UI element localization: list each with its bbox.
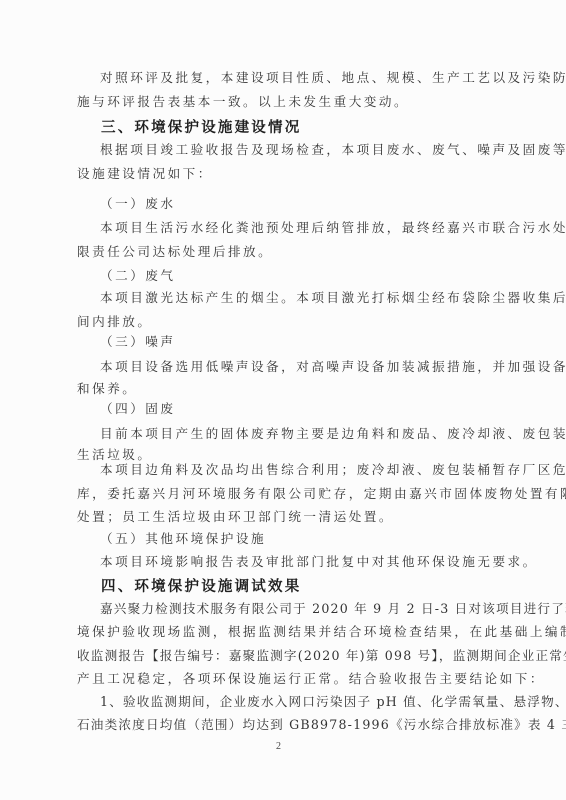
paragraph-line: 生活垃圾。 [77, 447, 152, 463]
subsection-heading: （五）其他环境保护设施 [100, 531, 266, 547]
paragraph-line: 嘉兴聚力检测技术服务有限公司于 2020 年 9 月 2 日-3 日对该项目进行… [100, 601, 566, 617]
section-heading: 三、环境保护设施建设情况 [101, 116, 301, 137]
paragraph-line: 产且工况稳定，各项环保设施运行正常。结合验收报告主要结论如下： [77, 671, 545, 687]
document-page: 对照环评及批复，本建设项目性质、地点、规模、生产工艺以及污染防治措 施与环评报告… [0, 0, 566, 800]
paragraph-line: 间内排放。 [77, 314, 152, 330]
paragraph-line: 本项目生活污水经化粪池预处理后纳管排放，最终经嘉兴市联合污水处理有 [100, 220, 566, 236]
paragraph-line: 本项目激光达标产生的烟尘。本项目激光打标烟尘经布袋除尘器收集后车 [100, 290, 566, 306]
paragraph-line: 石油类浓度日均值（范围）均达到 GB8978-1996《污水综合排放标准》表 4… [77, 717, 566, 733]
paragraph-line: 根据项目竣工验收报告及现场检查，本项目废水、废气、噪声及固废等环保 [100, 142, 566, 158]
section-heading: 四、环境保护设施调试效果 [101, 575, 301, 596]
paragraph-line: 收监测报告【报告编号：嘉聚监测字(2020 年)第 098 号】，监测期间企业正… [77, 648, 566, 664]
paragraph-line: 限责任公司达标处理后排放。 [77, 244, 273, 260]
paragraph-line: 本项目边角料及次品均出售综合利用；废冷却液、废包装桶暂存厂区危废仓 [100, 462, 566, 478]
subsection-heading: （二）废气 [100, 268, 175, 284]
paragraph-line: 境保护验收现场监测，根据监测结果并结合环境检查结果，在此基础上编制了验 [77, 624, 566, 640]
page-number: 2 [276, 741, 281, 752]
paragraph-line: 施与环评报告表基本一致。以上未发生重大变动。 [77, 94, 409, 110]
subsection-heading: （四）固废 [100, 401, 175, 417]
paragraph-line: 本项目设备选用低噪声设备，对高噪声设备加装减振措施，并加强设备检修 [100, 359, 566, 375]
subsection-heading: （三）噪声 [100, 334, 175, 350]
paragraph-line: 本项目环境影响报告表及审批部门批复中对其他环保设施无要求。 [100, 554, 538, 570]
paragraph-line: 处置；员工生活垃圾由环卫部门统一清运处置。 [77, 509, 394, 525]
paragraph-line: 设施建设情况如下： [77, 166, 213, 182]
paragraph-line: 1、验收监测期间，企业废水入网口污染因子 pH 值、化学需氧量、悬浮物、 [100, 694, 566, 710]
paragraph-line: 对照环评及批复，本建设项目性质、地点、规模、生产工艺以及污染防治措 [100, 70, 566, 86]
subsection-heading: （一）废水 [100, 196, 175, 212]
paragraph-line: 目前本项目产生的固体废弃物主要是边角料和废品、废冷却液、废包装桶和 [100, 426, 566, 442]
paragraph-line: 库，委托嘉兴月河环境服务有限公司贮存，定期由嘉兴市固体废物处置有限公司 [77, 486, 566, 502]
paragraph-line: 和保养。 [77, 381, 137, 397]
